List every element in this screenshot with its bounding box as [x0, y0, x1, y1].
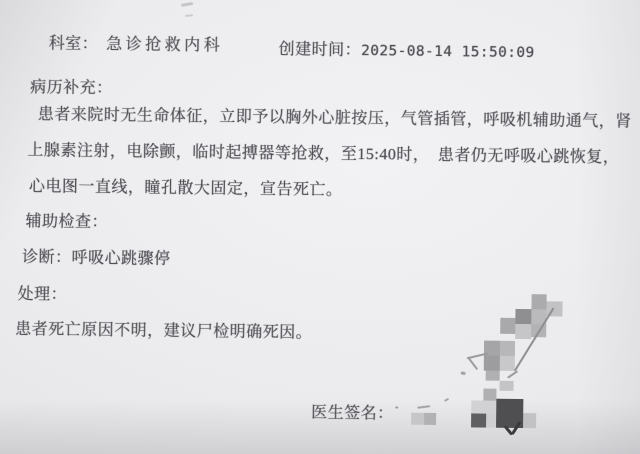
doctor-signature-label: 医生签名： — [311, 399, 394, 423]
mosaic-block — [484, 356, 500, 371]
department-line: 科室：急诊抢救内科 — [49, 30, 224, 55]
pen-stroke — [395, 406, 398, 408]
mosaic-block — [471, 413, 486, 427]
medical-record-photo: 科室：急诊抢救内科 创建时间：2025-08-14 15:50:09 病历补充：… — [0, 0, 640, 454]
supplement-text-line-1: 患者来院时无生命体征，立即予以胸外心脏按压，气管插管，呼吸机辅助通气，肾 — [38, 101, 632, 131]
pen-stroke — [417, 405, 430, 409]
supplement-title: 病历补充： — [30, 74, 113, 98]
mosaic-block — [500, 318, 515, 334]
pen-stroke — [460, 371, 465, 375]
conclusion-line: 患者死亡原因不明，建议尸检明确死因。 — [15, 316, 312, 343]
mosaic-block — [515, 324, 531, 339]
created-time-label: 创建时间： — [279, 41, 362, 59]
mosaic-block — [515, 309, 531, 324]
mosaic-block — [483, 389, 496, 401]
mosaic-block — [531, 294, 546, 309]
photo-artifacts — [1, 0, 640, 7]
mosaic-block — [471, 400, 496, 413]
mosaic-block — [486, 414, 496, 428]
treatment-label: 处理： — [18, 281, 68, 305]
supplement-text-line-2: 上腺素注射，电除颤，临时起搏器等抢救，至15:40时， 患者仍无呼吸心跳恢复， — [27, 137, 619, 167]
mosaic-block — [500, 356, 515, 371]
department-value: 急诊抢救内科 — [106, 36, 223, 54]
document-content: 科室：急诊抢救内科 创建时间：2025-08-14 15:50:09 病历补充：… — [0, 0, 640, 454]
diagnosis-label: 诊断： — [22, 249, 72, 267]
mosaic-block — [499, 381, 513, 391]
pen-stroke — [468, 358, 478, 370]
department-label: 科室： — [49, 35, 99, 53]
censored-handwritten-signature — [1, 0, 640, 7]
mosaic-block — [411, 413, 424, 425]
mosaic-block — [424, 413, 436, 425]
mosaic-block — [500, 341, 515, 356]
mosaic-block — [486, 371, 500, 381]
supplement-text-line-3: 心电图一直线，瞳孔散大固定，宣告死亡。 — [29, 173, 343, 200]
pen-stroke — [507, 370, 518, 378]
created-time-value: 2025-08-14 15:50:09 — [361, 43, 535, 61]
diagnosis-line: 诊断：呼吸心跳骤停 — [22, 244, 171, 269]
created-time-line: 创建时间：2025-08-14 15:50:09 — [279, 36, 535, 62]
censored-doctor-name — [1, 0, 640, 7]
pen-stroke — [444, 398, 449, 402]
mosaic-block — [523, 413, 536, 428]
pen-stroke — [181, 2, 193, 7]
aux-exam-label: 辅助检查： — [25, 208, 108, 232]
diagnosis-value: 呼吸心跳骤停 — [71, 250, 170, 268]
pen-stroke — [185, 14, 193, 17]
